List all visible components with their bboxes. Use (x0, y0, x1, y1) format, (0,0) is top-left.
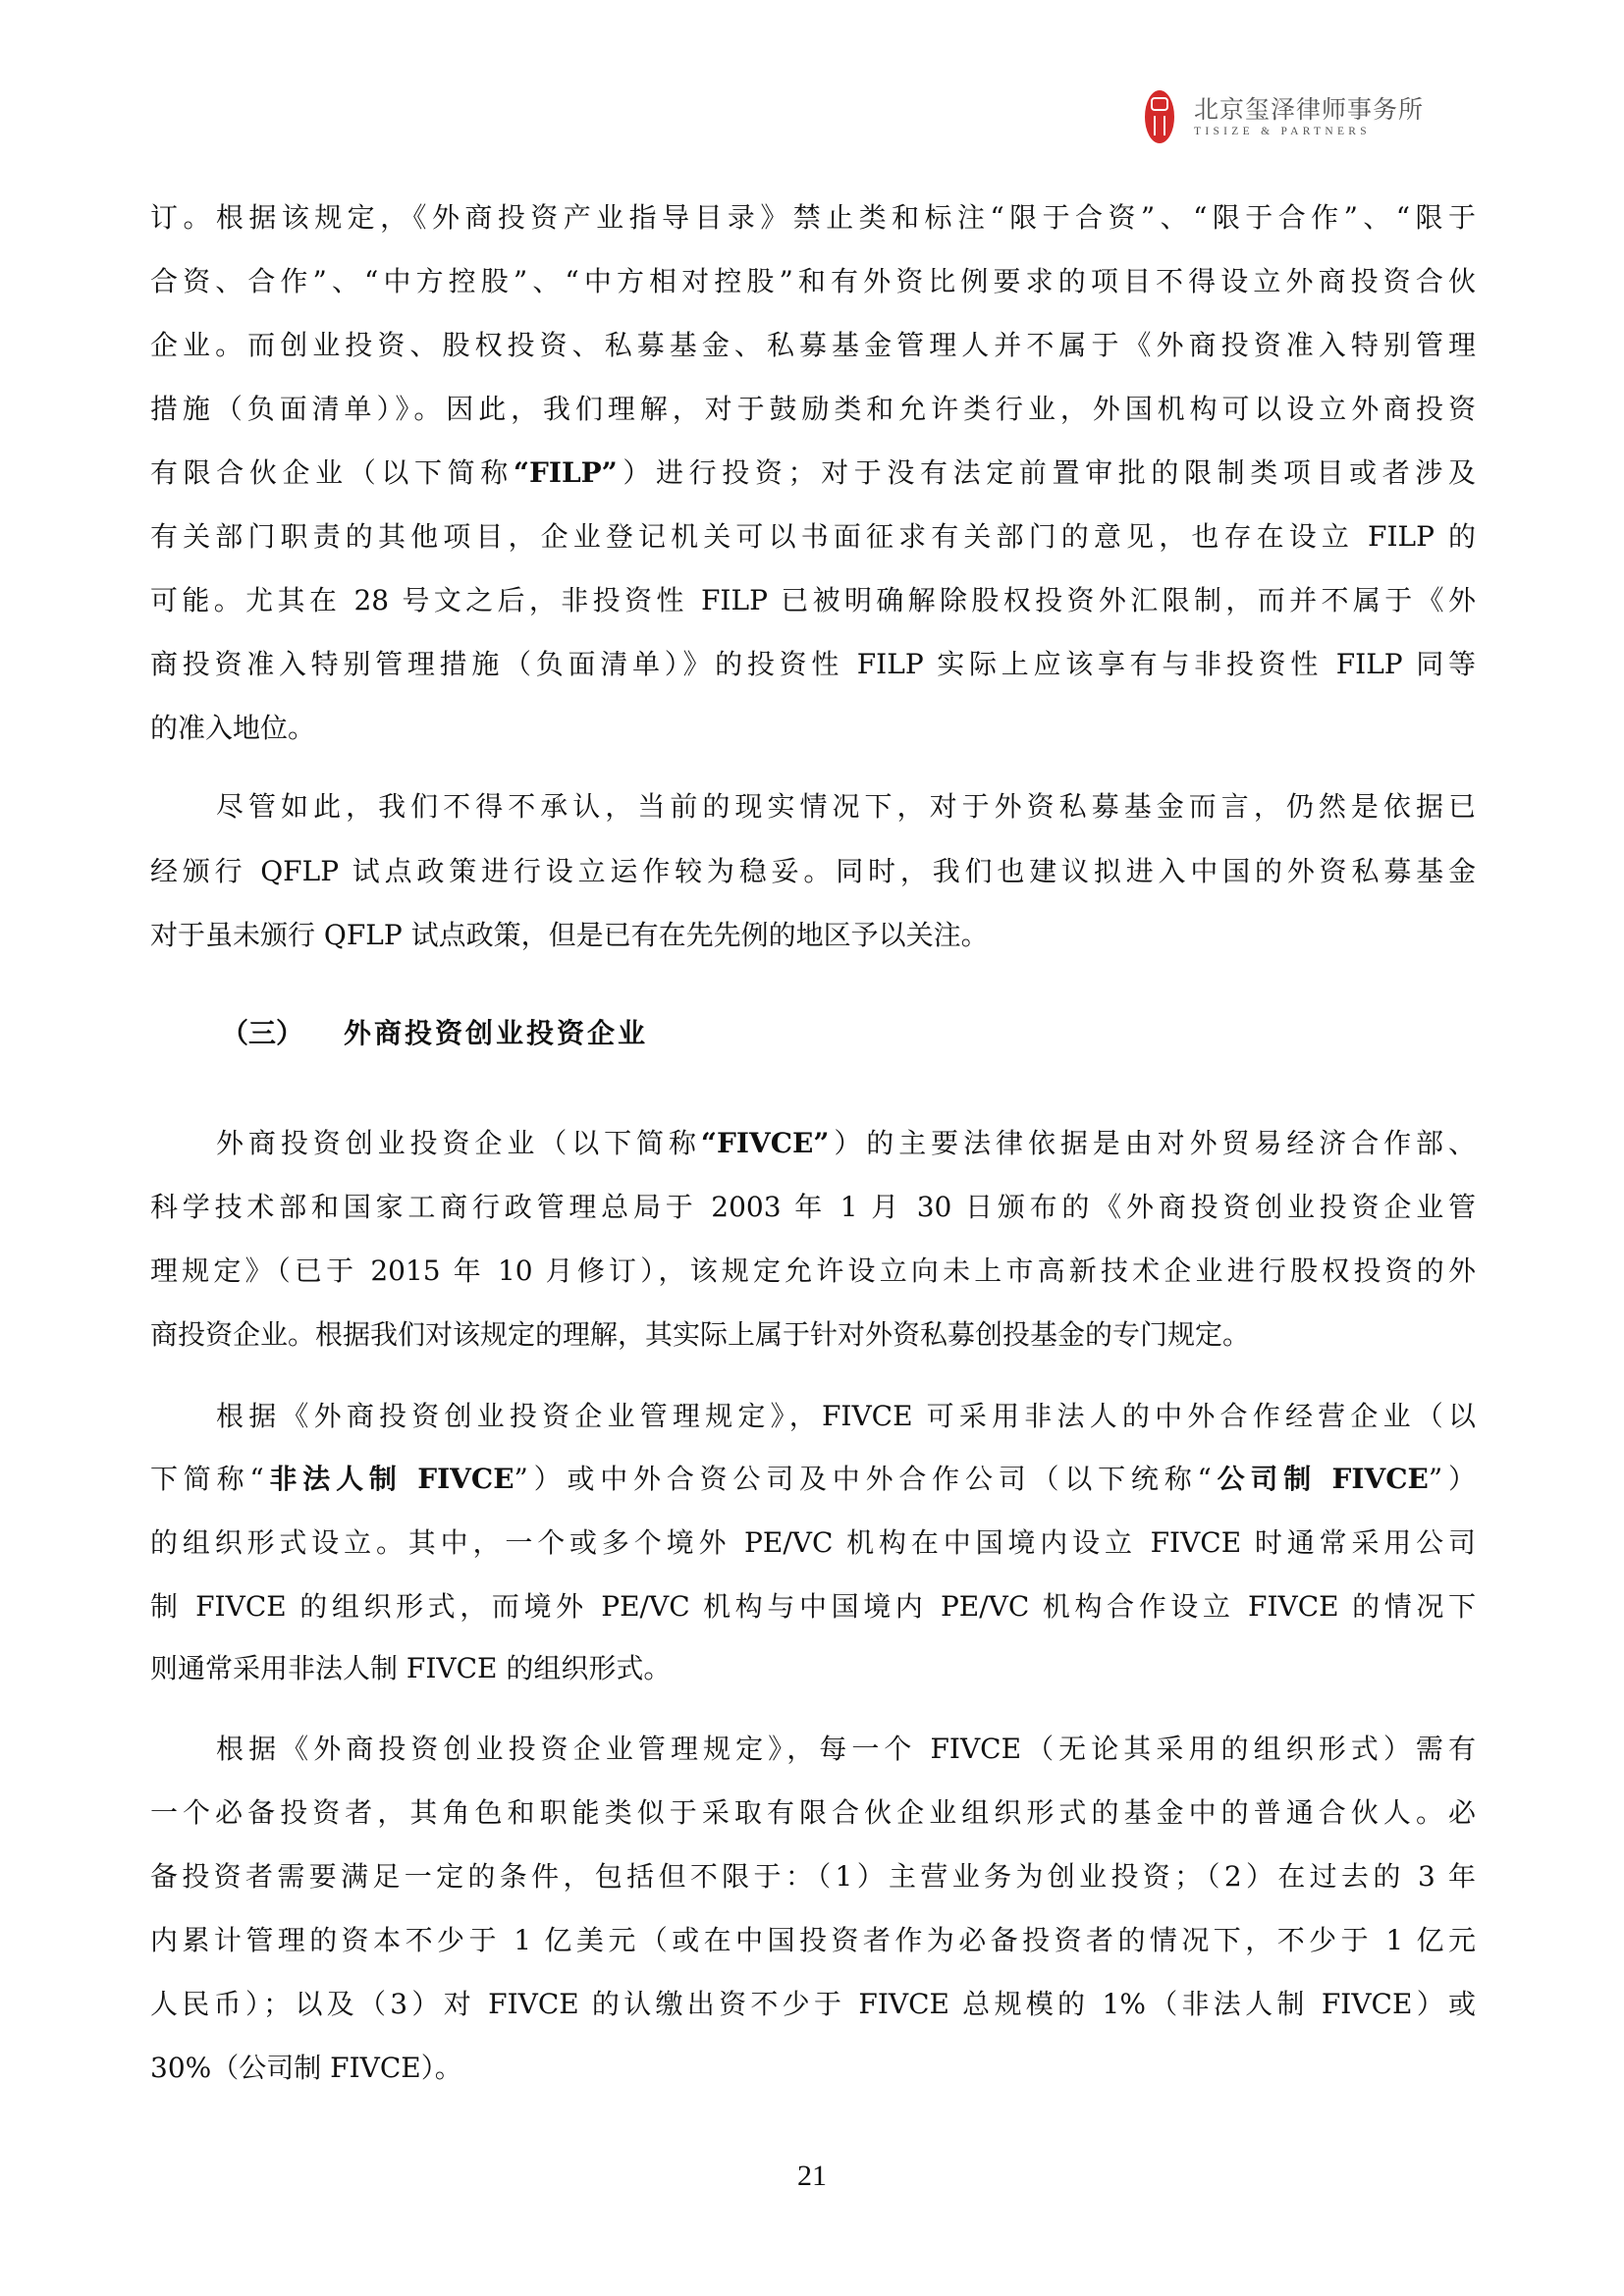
section-number: （三） (221, 1014, 303, 1053)
text-line: 备投资者需要满足一定的条件，包括但不限于：（1）主营业务为创业投资；（2）在过去… (150, 1857, 1476, 1896)
text-line: 理规定》（已于 2015 年 10 月修订），该规定允许设立向未上市高新技术企业… (150, 1252, 1476, 1291)
bold-term-fivce: “FIVCE” (701, 1127, 830, 1159)
firm-logo: 北京玺泽律师事务所 TISIZE & PARTNERS (1145, 88, 1424, 145)
text-line: 有关部门职责的其他项目，企业登记机关可以书面征求有关部门的意见，也存在设立 FI… (150, 517, 1476, 557)
text-line: 的组织形式设立。其中，一个或多个境外 PE/VC 机构在中国境内设立 FIVCE… (150, 1523, 1476, 1563)
text-segment: ”）或中外合资公司及中外合作公司（以下统称“ (514, 1463, 1212, 1495)
section-title: 外商投资创业投资企业 (344, 1014, 648, 1053)
firm-name: 北京玺泽律师事务所 TISIZE & PARTNERS (1194, 95, 1424, 138)
text-line: 一个必备投资者，其角色和职能类似于采取有限合伙企业组织形式的基金中的普通合伙人。… (150, 1793, 1476, 1833)
text-line: 有限合伙企业（以下简称“FILP”）进行投资；对于没有法定前置审批的限制类项目或… (150, 454, 1476, 493)
text-segment: 有限合伙企业（以下简称 (150, 456, 514, 489)
bold-term-filp: “FILP” (514, 456, 618, 489)
text-line: 30%（公司制 FIVCE）。 (150, 2049, 1476, 2088)
text-line: 尽管如此，我们不得不承认，当前的现实情况下，对于外资私募基金而言，仍然是依据已 (216, 787, 1476, 827)
bold-term-company: 公司制 FIVCE (1212, 1463, 1429, 1495)
text-line: 根据《外商投资创业投资企业管理规定》，每一个 FIVCE（无论其采用的组织形式）… (216, 1730, 1476, 1769)
text-line: 商投资准入特别管理措施（负面清单）》的投资性 FILP 实际上应该享有与非投资性… (150, 645, 1476, 684)
text-line: 内累计管理的资本不少于 1 亿美元（或在中国投资者作为必备投资者的情况下，不少于… (150, 1921, 1476, 1960)
text-line: 外商投资创业投资企业（以下简称“FIVCE”）的主要法律依据是由对外贸易经济合作… (216, 1124, 1476, 1163)
firm-name-cn: 北京玺泽律师事务所 (1194, 95, 1424, 125)
page-number: 21 (0, 2160, 1624, 2193)
text-line: 人民币）；以及（3）对 FIVCE 的认缴出资不少于 FIVCE 总规模的 1%… (150, 1985, 1476, 2024)
text-line: 下简称“非法人制 FIVCE”）或中外合资公司及中外合作公司（以下统称“公司制 … (150, 1460, 1476, 1499)
firm-name-en: TISIZE & PARTNERS (1194, 125, 1424, 138)
text-line: 的准入地位。 (150, 709, 1476, 748)
text-segment: 外商投资创业投资企业（以下简称 (216, 1127, 701, 1159)
seal-icon (1145, 90, 1174, 143)
bold-term-non-legal-person: 非法人制 FIVCE (264, 1463, 514, 1495)
text-segment: ）进行投资；对于没有法定前置审批的限制类项目或者涉及 (618, 456, 1476, 489)
text-line: 合资、合作”、“中方控股”、“中方相对控股”和有外资比例要求的项目不得设立外商投… (150, 262, 1476, 301)
text-line: 措施（负面清单）》。因此，我们理解，对于鼓励类和允许类行业，外国机构可以设立外商… (150, 390, 1476, 429)
text-line: 制 FIVCE 的组织形式，而境外 PE/VC 机构与中国境内 PE/VC 机构… (150, 1587, 1476, 1627)
text-segment: ”） (1429, 1463, 1476, 1495)
text-line: 科学技术部和国家工商行政管理总局于 2003 年 1 月 30 日颁布的《外商投… (150, 1188, 1476, 1227)
text-segment: 下简称“ (150, 1463, 264, 1495)
text-line: 对于虽未颁行 QFLP 试点政策，但是已有在先先例的地区予以关注。 (150, 916, 1476, 955)
text-line: 可能。尤其在 28 号文之后，非投资性 FILP 已被明确解除股权投资外汇限制，… (150, 581, 1476, 620)
text-line: 经颁行 QFLP 试点政策进行设立运作较为稳妥。同时，我们也建议拟进入中国的外资… (150, 852, 1476, 891)
text-line: 订。根据该规定，《外商投资产业指导目录》禁止类和标注“限于合资”、“限于合作”、… (150, 198, 1476, 238)
text-segment: ）的主要法律依据是由对外贸易经济合作部、 (829, 1127, 1476, 1159)
text-line: 根据《外商投资创业投资企业管理规定》，FIVCE 可采用非法人的中外合作经营企业… (216, 1397, 1476, 1436)
text-line: 企业。而创业投资、股权投资、私募基金、私募基金管理人并不属于《外商投资准入特别管… (150, 326, 1476, 365)
text-line: 商投资企业。根据我们对该规定的理解，其实际上属于针对外资私募创投基金的专门规定。 (150, 1315, 1476, 1355)
text-line: 则通常采用非法人制 FIVCE 的组织形式。 (150, 1649, 1476, 1688)
